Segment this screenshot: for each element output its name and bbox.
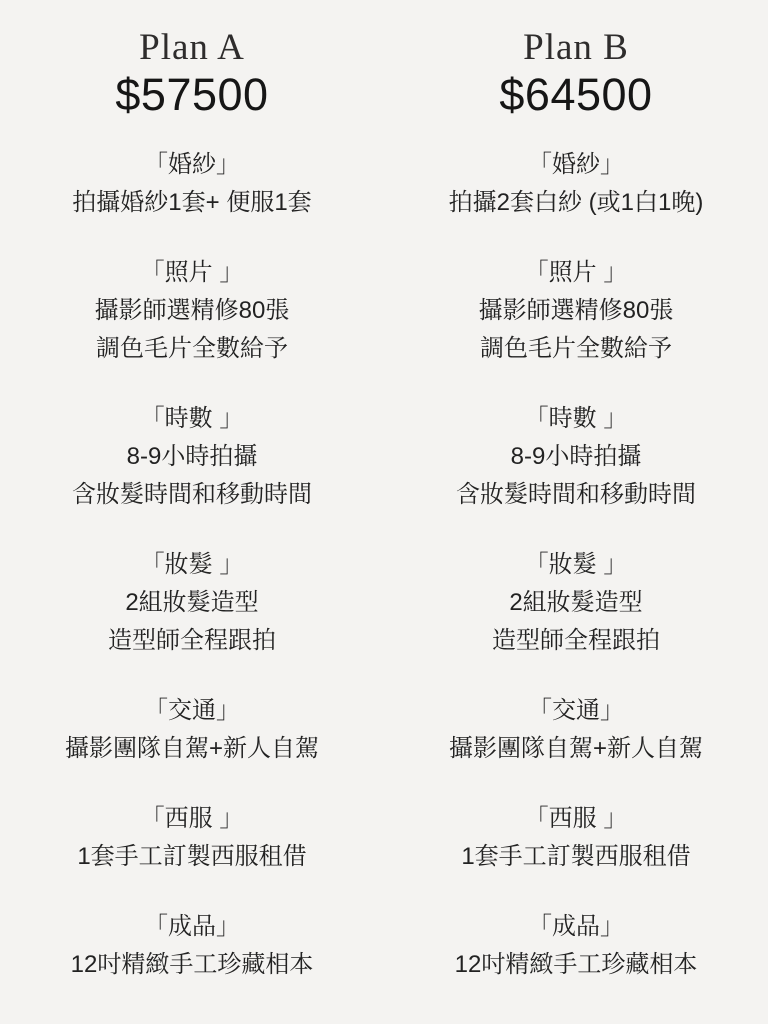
- section-makeup-hair: 「妝髮 」 2組妝髮造型 造型師全程跟拍: [0, 546, 384, 660]
- section-album: 「成品」 12吋精緻手工珍藏相本: [384, 908, 768, 984]
- plan-name: Plan A: [0, 26, 384, 70]
- section-suit: 「西服 」 1套手工訂製西服租借: [0, 800, 384, 876]
- section-transportation: 「交通」 攝影團隊自駕+新人自駕: [0, 692, 384, 768]
- section-hours: 「時數 」 8-9小時拍攝 含妝髮時間和移動時間: [384, 400, 768, 514]
- section-header: 「照片 」: [0, 254, 384, 292]
- section-wedding-dress: 「婚紗」 拍攝2套白紗 (或1白1晚): [384, 146, 768, 222]
- section-header: 「時數 」: [0, 400, 384, 438]
- section-album: 「成品」 12吋精緻手工珍藏相本: [0, 908, 384, 984]
- section-detail-line: 2組妝髮造型: [384, 584, 768, 622]
- section-header: 「成品」: [384, 908, 768, 946]
- section-header: 「交通」: [0, 692, 384, 730]
- section-header: 「妝髮 」: [384, 546, 768, 584]
- section-header: 「妝髮 」: [0, 546, 384, 584]
- plan-price: $64500: [384, 70, 768, 120]
- plan-a-column: Plan A $57500 「婚紗」 拍攝婚紗1套+ 便服1套 「照片 」 攝影…: [0, 26, 384, 1016]
- section-header: 「成品」: [0, 908, 384, 946]
- section-detail-line: 8-9小時拍攝: [0, 438, 384, 476]
- section-detail-line: 調色毛片全數給予: [384, 330, 768, 368]
- section-photos: 「照片 」 攝影師選精修80張 調色毛片全數給予: [384, 254, 768, 368]
- section-detail-line: 攝影師選精修80張: [384, 292, 768, 330]
- section-header: 「時數 」: [384, 400, 768, 438]
- section-transportation: 「交通」 攝影團隊自駕+新人自駕: [384, 692, 768, 768]
- section-photos: 「照片 」 攝影師選精修80張 調色毛片全數給予: [0, 254, 384, 368]
- section-detail-line: 含妝髮時間和移動時間: [384, 476, 768, 514]
- section-detail-line: 8-9小時拍攝: [384, 438, 768, 476]
- section-detail-line: 12吋精緻手工珍藏相本: [0, 946, 384, 984]
- section-wedding-dress: 「婚紗」 拍攝婚紗1套+ 便服1套: [0, 146, 384, 222]
- section-header: 「西服 」: [384, 800, 768, 838]
- section-header: 「婚紗」: [384, 146, 768, 184]
- section-hours: 「時數 」 8-9小時拍攝 含妝髮時間和移動時間: [0, 400, 384, 514]
- section-detail-line: 12吋精緻手工珍藏相本: [384, 946, 768, 984]
- section-detail-line: 拍攝婚紗1套+ 便服1套: [0, 184, 384, 222]
- section-makeup-hair: 「妝髮 」 2組妝髮造型 造型師全程跟拍: [384, 546, 768, 660]
- section-detail-line: 造型師全程跟拍: [0, 622, 384, 660]
- plan-b-column: Plan B $64500 「婚紗」 拍攝2套白紗 (或1白1晚) 「照片 」 …: [384, 26, 768, 1016]
- section-header: 「西服 」: [0, 800, 384, 838]
- section-header: 「婚紗」: [0, 146, 384, 184]
- section-detail-line: 攝影師選精修80張: [0, 292, 384, 330]
- section-detail-line: 含妝髮時間和移動時間: [0, 476, 384, 514]
- plan-price: $57500: [0, 70, 384, 120]
- section-detail-line: 攝影團隊自駕+新人自駕: [384, 730, 768, 768]
- section-detail-line: 攝影團隊自駕+新人自駕: [0, 730, 384, 768]
- section-detail-line: 1套手工訂製西服租借: [0, 838, 384, 876]
- section-header: 「交通」: [384, 692, 768, 730]
- section-detail-line: 調色毛片全數給予: [0, 330, 384, 368]
- pricing-sheet: Plan A $57500 「婚紗」 拍攝婚紗1套+ 便服1套 「照片 」 攝影…: [0, 0, 768, 1016]
- section-suit: 「西服 」 1套手工訂製西服租借: [384, 800, 768, 876]
- section-detail-line: 造型師全程跟拍: [384, 622, 768, 660]
- section-detail-line: 1套手工訂製西服租借: [384, 838, 768, 876]
- plan-name: Plan B: [384, 26, 768, 70]
- section-header: 「照片 」: [384, 254, 768, 292]
- section-detail-line: 2組妝髮造型: [0, 584, 384, 622]
- section-detail-line: 拍攝2套白紗 (或1白1晚): [384, 184, 768, 222]
